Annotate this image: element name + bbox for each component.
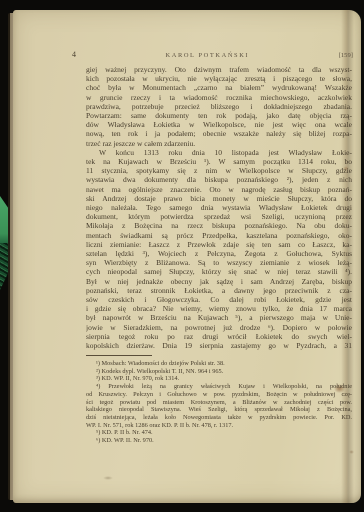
text-line: cych nieopodal samej Słupczy, którzy się… — [86, 267, 352, 276]
text-line: kich pozostała w ukryciu, nie wyłączając… — [86, 74, 352, 83]
text-line: kopolskich dzierżaw. Dnia 19 sierpnia za… — [86, 341, 352, 350]
text-line: ski Andrzej dostaje prawo bicia monety w… — [86, 194, 352, 203]
body-text: giej ważnej przyczyny. Oto dziwnym trafe… — [86, 65, 352, 350]
text-line: ⁵) KD. P. II b. Nr. 474. — [86, 429, 352, 437]
page-number: 4 — [72, 50, 76, 59]
text-line: dów Władysława Łokietka w Wielkopolsce, … — [86, 120, 352, 129]
text-line: niego należała. Tego samego dnia wystawi… — [86, 203, 352, 212]
text-line: Powtarzam: same dokumenty ten rok podają… — [86, 111, 352, 120]
text-line: w gruncie rzeczy i ta wiadomość rocznika… — [86, 93, 352, 102]
footnotes-block: ¹) Mosbach: Wiadomości do dziejów Polski… — [86, 360, 352, 445]
text-line: mentach świadkami są prócz Przedpełka, k… — [86, 231, 352, 240]
journal-page-number: [159] — [339, 52, 353, 59]
foxing-spot — [103, 476, 113, 480]
text-line: 11 stycznia, spotykamy się z nim w Wielk… — [86, 166, 352, 175]
text-line: WP. I. Nr. 571, rok 1286 oraz KD. P. II … — [86, 422, 352, 430]
text-line: ⁴) Przewłoki leżą na granicy właściwych … — [86, 383, 352, 391]
text-line: ¹) Mosbach: Wiadomości do dziejów Polski… — [86, 360, 352, 368]
text-line: sierpnia tegoż roku po raz drugi wrócił … — [86, 332, 352, 341]
foxing-spot — [349, 450, 354, 454]
text-line: nową, ten rok i ja podałem; obecnie wsza… — [86, 129, 352, 138]
text-line: jowie w Sieradzkiem, na powrotnej już dr… — [86, 323, 352, 332]
text-line: ści tegoż powiatu pod miastem Krotoszyne… — [86, 399, 352, 407]
text-line: sztelan lędzki ³), Wojciech z Pełczyna, … — [86, 249, 352, 258]
book-page: 4 KAROL POTKAŃSKI [159] giej ważnej przy… — [13, 10, 361, 503]
text-line: kaliskiego nieopodal Stawiszyna. Wieś Sz… — [86, 406, 352, 414]
text-line: ²) Kodeks dypl. Wielkopolski T. II, NN. … — [86, 368, 352, 376]
text-line: nawet ma ogólniejsze znaczenie. Oto w na… — [86, 185, 352, 194]
running-title: KAROL POTKAŃSKI — [166, 52, 250, 59]
footnote-separator-rule — [86, 355, 152, 356]
text-line: Był w niej jednakże obecny jak sądzę i s… — [86, 277, 352, 286]
text-line: i gdzie się obraca? Nie wiemy, wiemy zno… — [86, 304, 352, 313]
scanned-book-photo: 4 KAROL POTKAŃSKI [159] giej ważnej przy… — [0, 0, 364, 512]
text-line: syn Wierzbięty z Bliżanowa. Są to wszysc… — [86, 258, 352, 267]
text-line: liczni ziemianie: Łaszcz z Przewłok zdaj… — [86, 240, 352, 249]
text-line: sów czeskich i Głogowczyka. Co dalej rob… — [86, 295, 352, 304]
text-line: tek na Kujawach w Brześciu ¹). W samym p… — [86, 157, 352, 166]
text-line: trzeć raz jeszcze w całem zdarzeniu. — [86, 139, 352, 148]
text-line: W końcu 1313 roku dnia 10 listopada jest… — [86, 148, 352, 157]
text-line: wystawia dwa dokumenty dla biskupa pozna… — [86, 175, 352, 184]
text-line: od Kruszwicy. Pełczyn i Gołuchowo w pow.… — [86, 391, 352, 399]
text-line: choć była w Monumentach „czarno na białe… — [86, 83, 352, 92]
text-line: poznański, teraz stronnik Łokietka, a da… — [86, 286, 352, 295]
text-line: był napowrót w Brześciu na Kujawach ⁵), … — [86, 313, 352, 322]
text-line: dokument, którym potwierdza sprzedaż wsi… — [86, 212, 352, 221]
text-line: giej ważnej przyczyny. Oto dziwnym trafe… — [86, 65, 352, 74]
text-line: dziś nieistniejąca, leżała koło Nowegomi… — [86, 414, 352, 422]
text-line: Mikołaja z Bożęcina na rzecz biskupa poz… — [86, 221, 352, 230]
text-line: ⁶) KD. WP. II. Nr. 970. — [86, 437, 352, 445]
running-header: 4 KAROL POTKAŃSKI [159] — [72, 50, 353, 60]
text-line: prawdziwa, potrzebuje przecież bliższego… — [86, 102, 352, 111]
text-line: ³) KD. WP. II, Nr. 970, rok 1314. — [86, 375, 352, 383]
